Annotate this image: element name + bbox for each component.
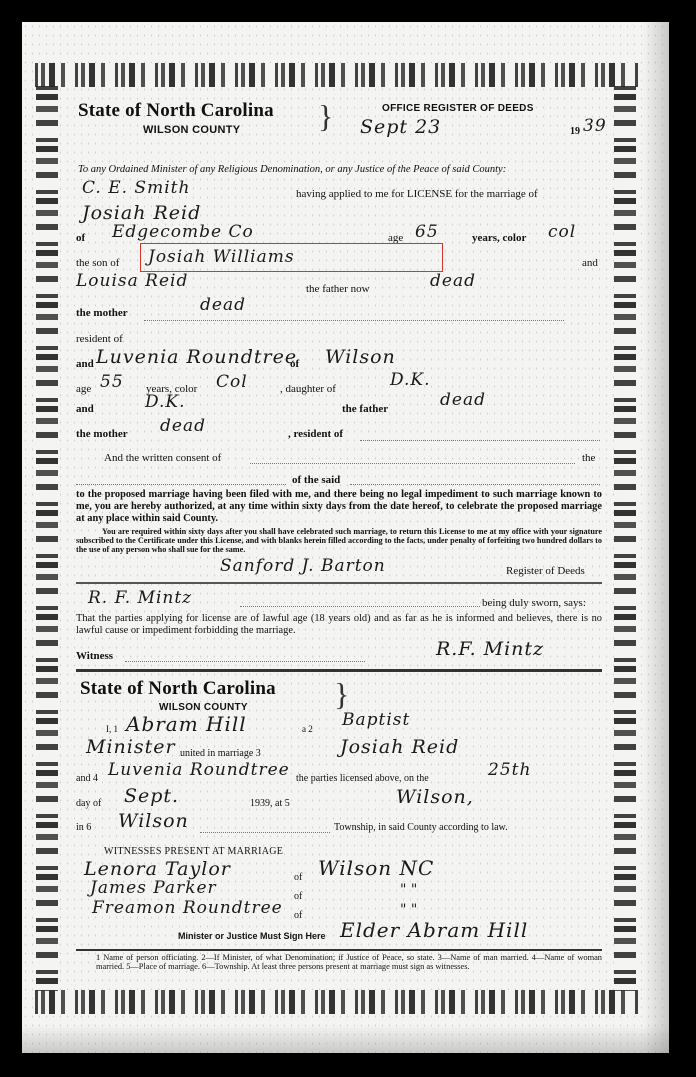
scan-shadow: [22, 1025, 669, 1053]
bride-father: D.K.: [390, 370, 431, 390]
scan-shadow: [643, 22, 669, 1053]
witness-of-label: of: [294, 872, 302, 883]
affidavit-text: That the parties applying for license ar…: [76, 613, 602, 637]
fill-line: [350, 484, 600, 485]
state-title: State of North Carolina: [78, 100, 274, 122]
years-color-label: years, color: [472, 232, 526, 244]
minister-signature: Elder Abram Hill: [340, 918, 528, 942]
witness-of-label: of: [294, 910, 302, 921]
father-label: the father: [342, 403, 388, 415]
brace: }: [334, 676, 349, 713]
officiant-name: Abram Hill: [126, 712, 247, 736]
the-label: the: [582, 452, 595, 464]
witness-of-label: of: [294, 891, 302, 902]
witness-signature: R.F. Mintz: [436, 638, 544, 660]
groom-name-cert: Josiah Reid: [340, 736, 459, 758]
ornamental-border-bottom: [35, 990, 638, 1014]
bride-name: Luvenia Roundtree: [96, 346, 297, 368]
of-label: of: [76, 232, 85, 244]
groom-color: col: [548, 222, 576, 242]
groom-mother-status: dead: [200, 295, 246, 315]
fill-line: [144, 320, 564, 321]
year-prefix: 19: [570, 126, 580, 137]
fill-line: [125, 661, 365, 662]
and-label-cert: and 4: [76, 773, 98, 784]
witness-label: Witness: [76, 650, 113, 662]
year-suffix: 39: [583, 116, 607, 136]
bride-father-status: dead: [440, 390, 486, 410]
and-label: and: [582, 257, 598, 269]
bride-mother: D.K.: [145, 392, 186, 412]
and-bride-label: and: [76, 358, 94, 370]
groom-father-status: dead: [430, 271, 476, 291]
bride-age-label: age: [76, 383, 91, 395]
sworn-name: R. F. Mintz: [88, 588, 192, 608]
fill-line: [240, 606, 480, 607]
authorization-text: to the proposed marriage having been fil…: [76, 489, 602, 525]
of-bride-label: of: [290, 358, 299, 370]
witness-name: James Parker: [90, 878, 217, 898]
brace: }: [318, 98, 333, 135]
year-label: 1939, at 5: [250, 798, 290, 809]
witness-residence: Wilson NC: [318, 856, 434, 880]
bride-residence: Wilson: [325, 346, 396, 368]
township-label: Township, in said County according to la…: [334, 822, 508, 833]
mother-label: the mother: [76, 307, 128, 319]
son-of-label: the son of: [76, 257, 119, 269]
sign-label: Minister or Justice Must Sign Here: [178, 931, 326, 941]
strike-line: [76, 582, 602, 584]
ornamental-border-top: [35, 63, 638, 87]
fill-line: [250, 463, 575, 464]
resident-of-label: resident of: [76, 333, 123, 345]
office-label: OFFICE REGISTER OF DEEDS: [382, 103, 534, 114]
witnesses-header: WITNESSES PRESENT AT MARRIAGE: [104, 846, 283, 857]
fill-line: [200, 832, 330, 833]
place-value: Wilson,: [396, 786, 474, 808]
i-label: I, 1: [106, 724, 118, 734]
bride-color: Col: [216, 372, 248, 392]
month-value: Sept.: [124, 785, 179, 807]
salutation: To any Ordained Minister of any Religiou…: [78, 164, 506, 175]
groom-mother: Louisa Reid: [76, 271, 188, 291]
register-label: Register of Deeds: [506, 565, 585, 577]
witness-residence: " ": [400, 882, 417, 898]
fill-line: [76, 484, 286, 485]
day-of-label: day of: [76, 798, 101, 809]
section-divider: [76, 669, 602, 672]
bride-age: 55: [100, 372, 124, 392]
ornamental-border-left: [36, 86, 58, 991]
father-now-label: the father now: [306, 283, 370, 295]
highlight-box: [140, 243, 443, 272]
footnote: 1 Name of person officiating. 2—If Minis…: [96, 953, 602, 971]
county-label: WILSON COUNTY: [143, 124, 240, 136]
of-the-said-label: of the said: [292, 474, 340, 486]
witness-name: Freamon Roundtree: [92, 898, 283, 918]
groom-residence: Edgecombe Co: [112, 222, 254, 242]
notice-text: You are required within sixty days after…: [76, 527, 602, 554]
in-label: in 6: [76, 822, 91, 833]
witness-residence: " ": [400, 902, 417, 918]
footnote-divider: [76, 949, 602, 951]
and2-label: and: [76, 403, 94, 415]
witness-name: Lenora Taylor: [84, 858, 231, 880]
register-signature: Sanford J. Barton: [220, 556, 386, 576]
fill-line: [360, 440, 600, 441]
bride-mother-status: dead: [160, 416, 206, 436]
united-label: united in marriage 3: [180, 748, 261, 759]
ornamental-border-right: [614, 86, 636, 991]
applied-text: having applied to me for LICENSE for the…: [296, 188, 538, 200]
a-label: a 2: [302, 724, 313, 734]
township-value: Wilson: [118, 810, 189, 832]
mother2-label: the mother: [76, 428, 128, 440]
license-date: Sept 23: [360, 116, 441, 138]
denomination: Baptist: [342, 710, 410, 730]
bride-name-cert: Luvenia Roundtree: [108, 760, 290, 780]
sworn-label: being duly sworn, says:: [482, 597, 586, 609]
daughter-of-label: , daughter of: [280, 383, 336, 395]
applicant-name: C. E. Smith: [82, 178, 190, 198]
groom-name: Josiah Reid: [82, 202, 201, 224]
licensed-label: the parties licensed above, on the: [296, 773, 429, 784]
consent-label: And the written consent of: [104, 452, 221, 464]
groom-age: 65: [415, 222, 439, 242]
certificate-state-title: State of North Carolina: [80, 678, 276, 700]
resident-of2-label: , resident of: [288, 428, 343, 440]
day-value: 25th: [488, 760, 531, 780]
officiant-title: Minister: [86, 736, 176, 758]
